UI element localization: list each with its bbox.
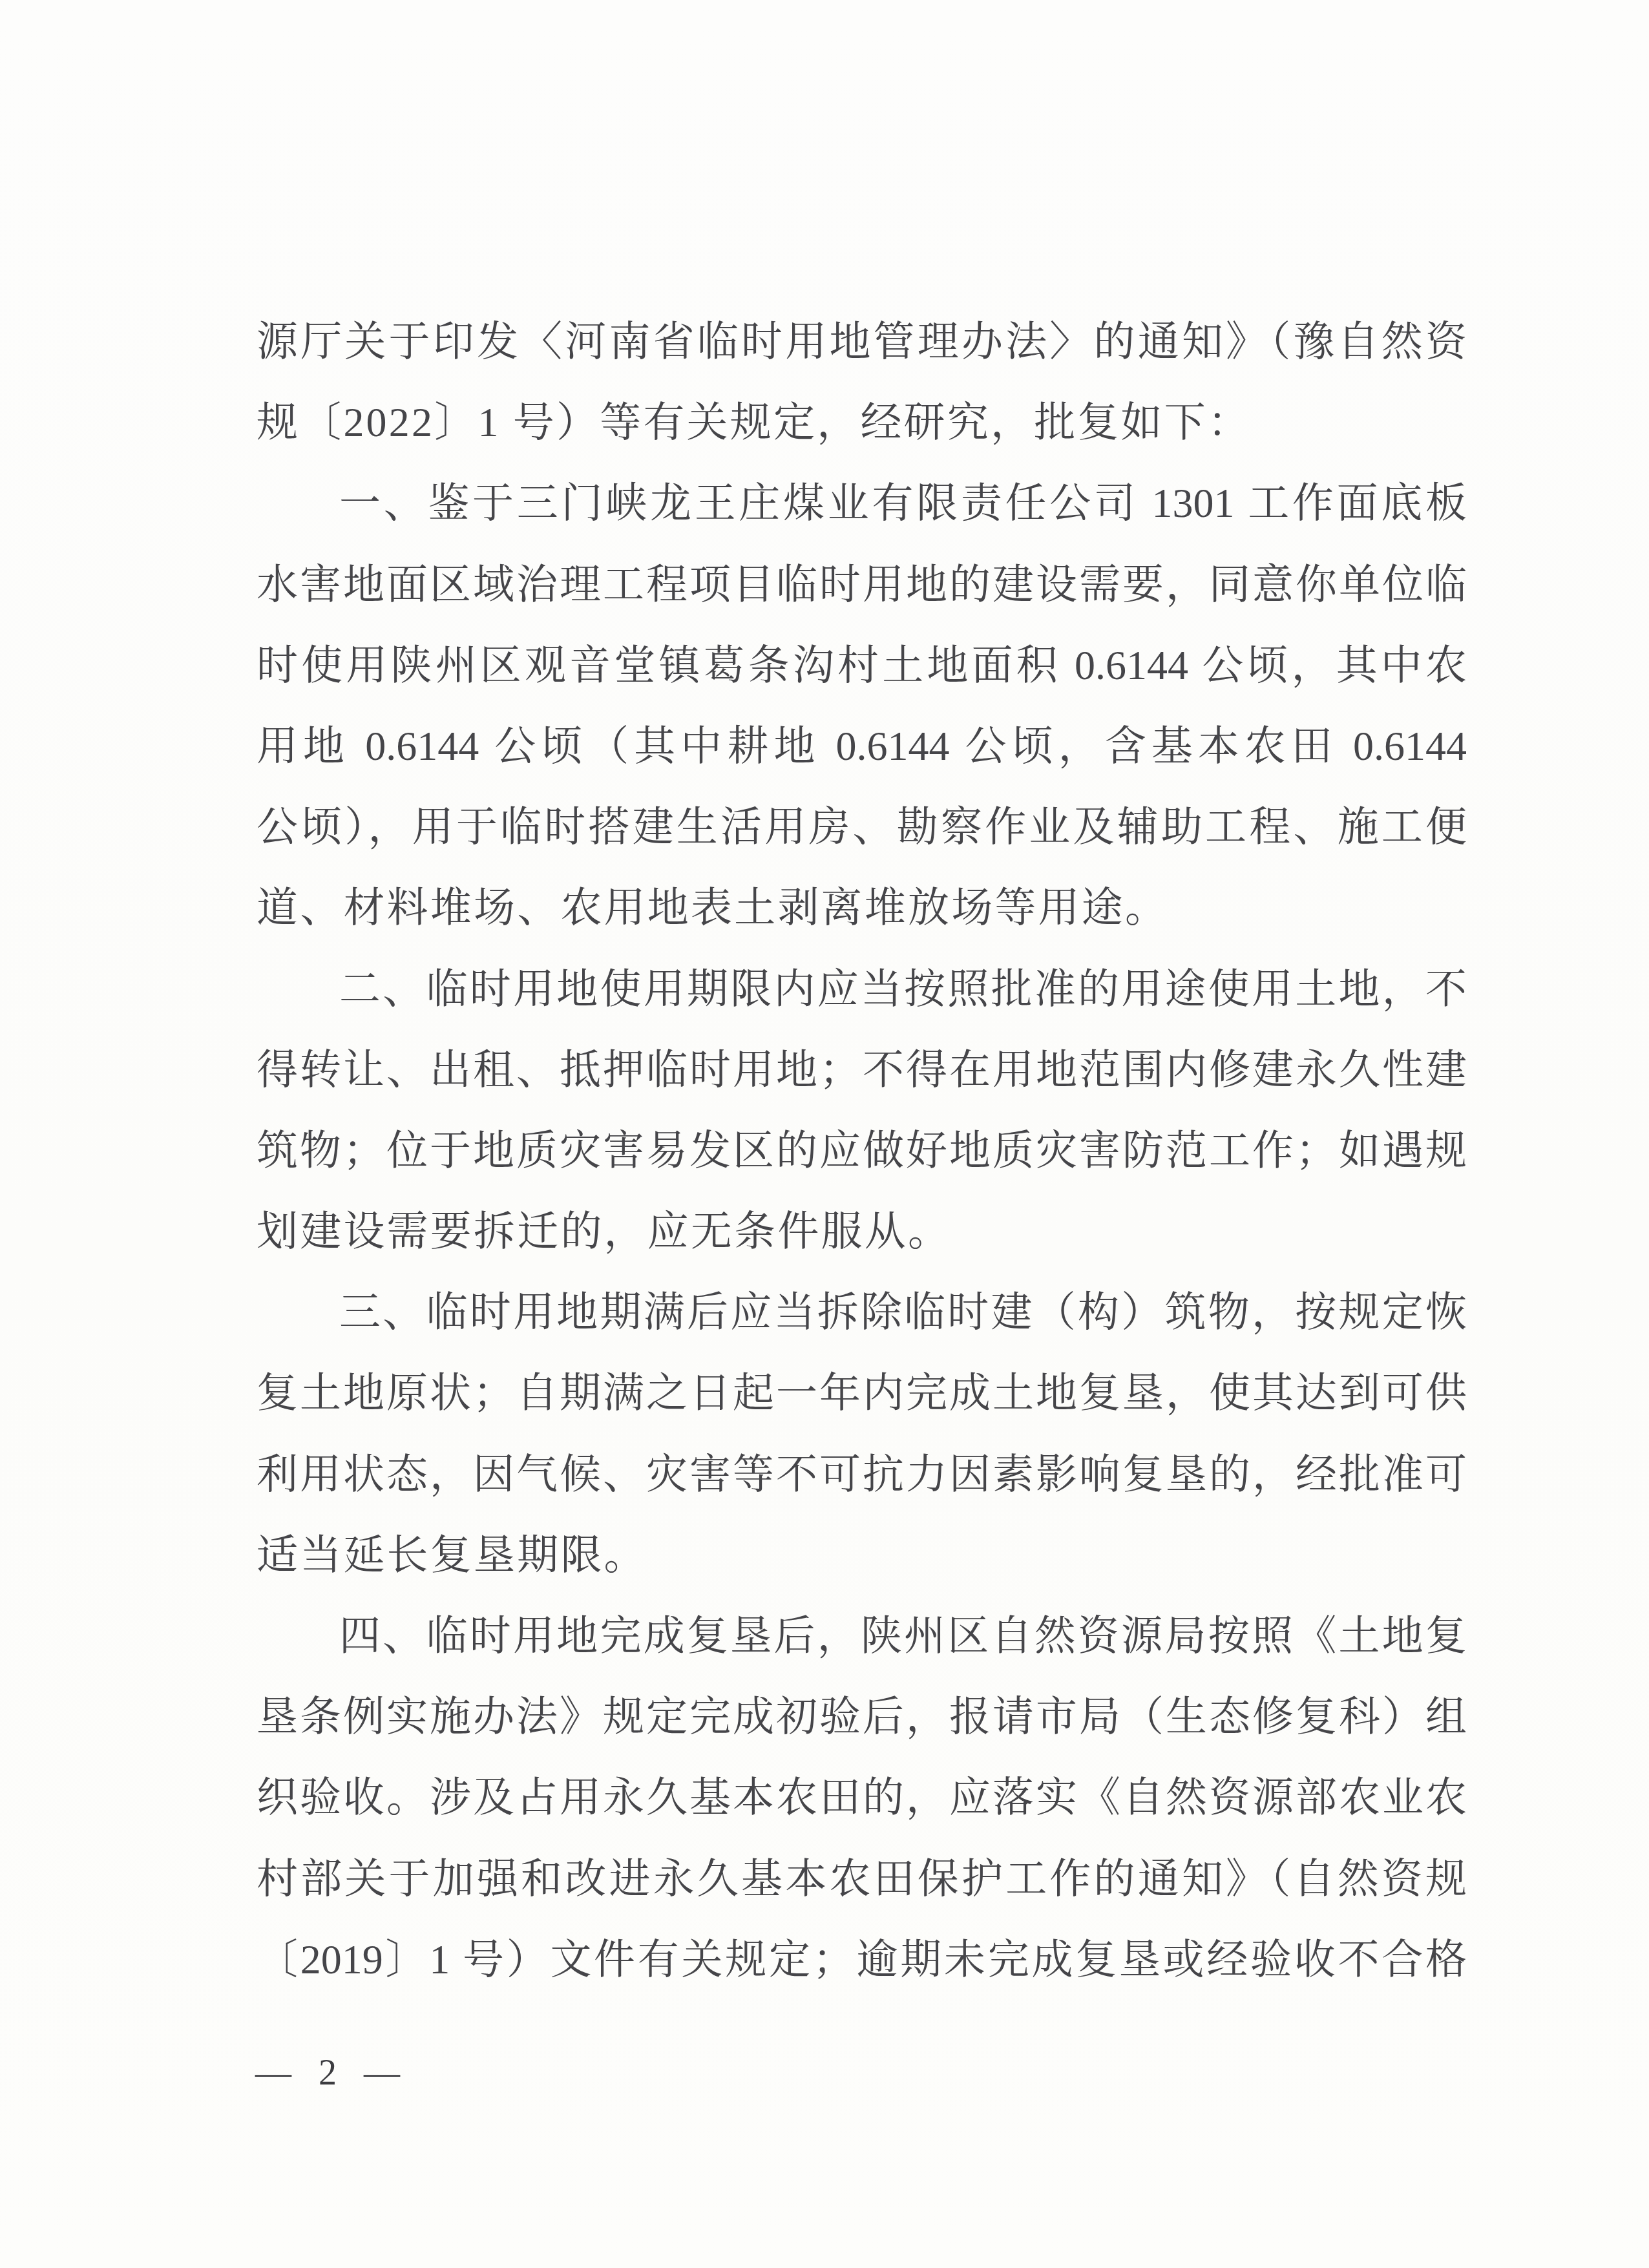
- document-line: 垦条例实施办法》规定完成初验后，报请市局（生态修复科）组: [257, 1676, 1467, 1757]
- document-line: 得转让、出租、抵押临时用地；不得在用地范围内修建永久性建: [257, 1029, 1467, 1110]
- document-line: 划建设需要拆迁的，应无条件服从。: [257, 1191, 1467, 1272]
- document-body: 源厅关于印发〈河南省临时用地管理办法〉的通知》（豫自然资规〔2022〕1 号）等…: [257, 301, 1467, 2000]
- document-line: 复土地原状；自期满之日起一年内完成土地复垦，使其达到可供: [257, 1352, 1467, 1433]
- document-line: 村部关于加强和改进永久基本农田保护工作的通知》（自然资规: [257, 1838, 1467, 1919]
- document-line: 规〔2022〕1 号）等有关规定，经研究，批复如下：: [257, 382, 1467, 463]
- document-line: 用地 0.6144 公顷（其中耕地 0.6144 公顷，含基本农田 0.6144: [257, 706, 1467, 786]
- document-page: 源厅关于印发〈河南省临时用地管理办法〉的通知》（豫自然资规〔2022〕1 号）等…: [0, 0, 1649, 2268]
- document-line: 利用状态，因气候、灾害等不可抗力因素影响复垦的，经批准可: [257, 1434, 1467, 1515]
- document-line: 四、临时用地完成复垦后，陕州区自然资源局按照《土地复: [257, 1595, 1467, 1676]
- document-line: 水害地面区域治理工程项目临时用地的建设需要，同意你单位临: [257, 544, 1467, 625]
- page-number-footer: — 2 —: [255, 2053, 404, 2092]
- document-line: 道、材料堆场、农用地表土剥离堆放场等用途。: [257, 867, 1467, 948]
- document-line: 二、临时用地使用期限内应当按照批准的用途使用土地，不: [257, 949, 1467, 1029]
- document-line: 筑物；位于地质灾害易发区的应做好地质灾害防范工作；如遇规: [257, 1110, 1467, 1191]
- document-line: 时使用陕州区观音堂镇葛条沟村土地面积 0.6144 公顷，其中农: [257, 625, 1467, 706]
- document-line: 一、鉴于三门峡龙王庄煤业有限责任公司 1301 工作面底板: [257, 463, 1467, 543]
- document-line: 源厅关于印发〈河南省临时用地管理办法〉的通知》（豫自然资: [257, 301, 1467, 382]
- document-line: 适当延长复垦期限。: [257, 1515, 1467, 1595]
- document-line: 公顷），用于临时搭建生活用房、勘察作业及辅助工程、施工便: [257, 786, 1467, 867]
- document-line: 织验收。涉及占用永久基本农田的，应落实《自然资源部农业农: [257, 1757, 1467, 1838]
- document-line: 〔2019〕1 号）文件有关规定；逾期未完成复垦或经验收不合格: [257, 1919, 1467, 2000]
- document-line: 三、临时用地期满后应当拆除临时建（构）筑物，按规定恢: [257, 1272, 1467, 1352]
